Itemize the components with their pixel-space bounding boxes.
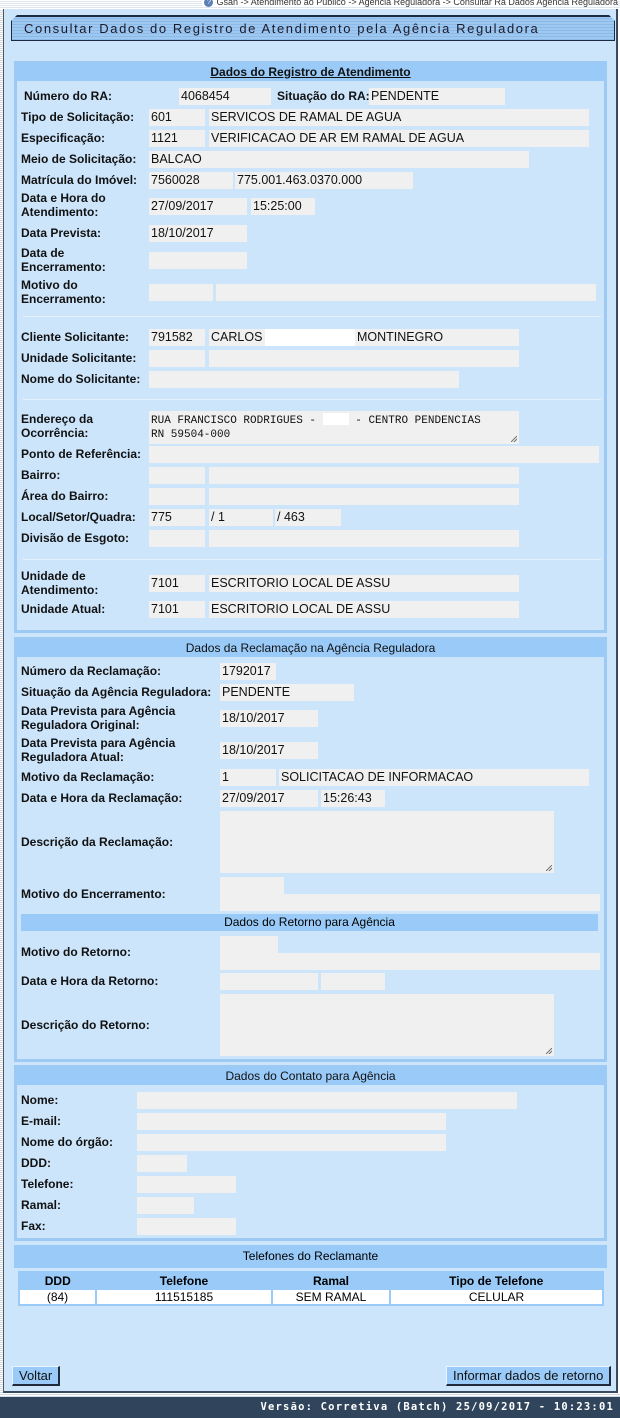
nome-solicitante-label: Nome do Solicitante: (21, 372, 140, 386)
meio-solicitacao-field: BALCAO (149, 151, 529, 168)
contato-ramal-field (137, 1197, 194, 1214)
section-registro: Dados do Registro de Atendimento Número … (14, 61, 607, 633)
unidade-atual-label: Unidade Atual: (21, 602, 105, 616)
redacted-block (323, 413, 349, 425)
page-title: Consultar Dados do Registro de Atendimen… (24, 21, 539, 36)
numero-ra-field: 4068454 (179, 88, 271, 105)
page-title-box: Consultar Dados do Registro de Atendimen… (11, 15, 615, 41)
col-ramal: Ramal (272, 1272, 390, 1289)
motivo-reclamacao-label: Motivo da Reclamação: (21, 770, 154, 784)
bairro-codigo (149, 467, 205, 484)
hora-reclamacao-field: 15:26:43 (321, 790, 385, 807)
situacao-ra-field: PENDENTE (369, 88, 505, 105)
contato-telefone-label: Telefone: (21, 1177, 73, 1191)
unidade-solicitante-label: Unidade Solicitante: (21, 351, 136, 365)
divisao-esgoto-codigo (149, 530, 205, 547)
motivo-encerramento-reclamacao-codigo (220, 877, 284, 894)
hora-atendimento-field: 15:25:00 (251, 198, 315, 215)
hora-retorno-field (321, 973, 385, 990)
situacao-agencia-field: PENDENTE (220, 684, 354, 701)
cell-ddd: (84) (19, 1289, 96, 1305)
tipo-solicitacao-label: Tipo de Solicitação: (21, 110, 134, 124)
data-prev-original-label: Data Prevista para AgênciaReguladora Ori… (21, 704, 175, 732)
contato-ddd-label: DDD: (21, 1156, 51, 1170)
local-setor-quadra-label: Local/Setor/Quadra: (21, 510, 136, 524)
data-prevista-field: 18/10/2017 (149, 225, 247, 242)
unidade-solicitante-codigo (149, 350, 205, 367)
data-reclamacao-field: 27/09/2017 (220, 790, 318, 807)
contato-orgao-label: Nome do órgão: (21, 1135, 113, 1149)
situacao-agencia-label: Situação da Agência Reguladora: (21, 685, 211, 699)
inscricao-field: 775.001.463.0370.000 (235, 172, 413, 189)
motivo-reclamacao-desc: SOLICITACAO DE INFORMACAO (279, 769, 589, 786)
data-atendimento-field: 27/09/2017 (149, 198, 247, 215)
contato-email-label: E-mail: (21, 1114, 61, 1128)
especificacao-label: Especificação: (21, 131, 105, 145)
section-reclamacao-header: Dados da Reclamação na Agência Regulador… (17, 640, 604, 657)
cliente-label: Cliente Solicitante: (21, 330, 129, 344)
informar-dados-retorno-button[interactable]: Informar dados de retorno (446, 1366, 611, 1386)
cell-ramal: SEM RAMAL (272, 1289, 390, 1305)
help-icon[interactable]: ? (204, 0, 213, 7)
divider (23, 316, 601, 317)
col-tipo-telefone: Tipo de Telefone (390, 1272, 603, 1289)
unidade-atendimento-label: Unidade deAtendimento: (21, 569, 98, 597)
especificacao-codigo: 1121 (149, 130, 205, 147)
motivo-retorno-desc (220, 953, 600, 970)
unidade-atual-codigo: 7101 (149, 601, 205, 618)
descricao-retorno-label: Descrição do Retorno: (21, 1018, 150, 1032)
descricao-reclamacao-textarea[interactable] (220, 811, 554, 873)
contato-orgao-field (137, 1134, 446, 1151)
data-hora-retorno-label: Data e Hora da Retorno: (21, 974, 158, 988)
bairro-desc (209, 467, 519, 484)
tipo-solicitacao-desc: SERVICOS DE RAMAL DE AGUA (209, 109, 589, 126)
version-footer: Versão: Corretiva (Batch) 25/09/2017 - 1… (0, 1397, 620, 1418)
data-retorno-field (220, 973, 318, 990)
contato-ramal-label: Ramal: (21, 1198, 61, 1212)
endereco-textarea[interactable]: RUA FRANCISCO RODRIGUES - - CENTRO PENDE… (149, 411, 519, 444)
col-telefone: Telefone (96, 1272, 272, 1289)
motivo-encerramento-label: Motivo doEncerramento: (21, 278, 106, 306)
matricula-field: 7560028 (149, 172, 233, 189)
main-panel: Consultar Dados do Registro de Atendimen… (4, 9, 618, 1393)
ponto-referencia-field (149, 446, 599, 463)
unidade-atendimento-desc: ESCRITORIO LOCAL DE ASSU (209, 575, 519, 592)
contato-fax-label: Fax: (21, 1219, 46, 1233)
endereco-label: Endereço daOcorrência: (21, 412, 93, 440)
area-bairro-label: Área do Bairro: (21, 489, 108, 503)
motivo-encerramento-desc (216, 284, 596, 301)
unidade-atual-desc: ESCRITORIO LOCAL DE ASSU (209, 601, 519, 618)
setor-field: / 1 (209, 509, 273, 526)
cliente-codigo: 791582 (149, 329, 205, 346)
motivo-encerramento-reclamacao-label: Motivo do Encerramento: (21, 887, 166, 901)
divider (23, 559, 601, 560)
especificacao-desc: VERIFICACAO DE AR EM RAMAL DE AGUA (209, 130, 589, 147)
divider (23, 399, 601, 400)
section-registro-header: Dados do Registro de Atendimento (17, 64, 604, 81)
numero-ra-label: Número do RA: (24, 89, 112, 103)
section-contato-header: Dados do Contato para Agência (17, 1068, 604, 1085)
divisao-esgoto-desc (209, 530, 519, 547)
unidade-atendimento-codigo: 7101 (149, 575, 205, 592)
cliente-nome: CARLOS MONTINEGRO (209, 329, 519, 346)
data-encerramento-label: Data deEncerramento: (21, 246, 106, 274)
contato-nome-label: Nome: (21, 1093, 58, 1107)
data-prev-atual-field: 18/10/2017 (220, 742, 318, 759)
table-row: (84) 111515185 SEM RAMAL CELULAR (19, 1289, 603, 1305)
motivo-encerramento-codigo (149, 284, 213, 301)
descricao-retorno-textarea[interactable] (220, 994, 554, 1056)
nome-solicitante-field (149, 371, 459, 388)
area-bairro-desc (209, 488, 519, 505)
motivo-reclamacao-codigo: 1 (220, 769, 276, 786)
retorno-header: Dados do Retorno para Agência (21, 914, 598, 931)
contato-fax-field (137, 1218, 236, 1235)
contato-email-field (137, 1113, 446, 1130)
telefones-header: Telefones do Reclamante (14, 1245, 607, 1268)
unidade-solicitante-desc (209, 350, 519, 367)
data-prev-atual-label: Data Prevista para AgênciaReguladora Atu… (21, 736, 175, 764)
redacted-block (265, 329, 355, 346)
motivo-encerramento-reclamacao-desc (220, 894, 600, 911)
data-hora-reclamacao-label: Data e Hora da Reclamação: (21, 791, 182, 805)
data-encerramento-field (149, 252, 247, 269)
cell-telefone: 111515185 (96, 1289, 272, 1305)
motivo-retorno-codigo (220, 936, 278, 953)
breadcrumb: ?Gsan -> Atendimento ao Publico -> Agenc… (202, 0, 618, 7)
quadra-field: / 463 (275, 509, 341, 526)
data-prevista-label: Data Prevista: (21, 226, 101, 240)
ponto-referencia-label: Ponto de Referência: (21, 447, 141, 461)
voltar-button[interactable]: Voltar (12, 1366, 60, 1386)
tipo-solicitacao-codigo: 601 (149, 109, 205, 126)
numero-reclamacao-label: Número da Reclamação: (21, 664, 161, 678)
situacao-ra-label: Situação do RA: (277, 89, 370, 103)
meio-solicitacao-label: Meio de Solicitação: (21, 152, 136, 166)
breadcrumb-text: Gsan -> Atendimento ao Publico -> Agenci… (216, 0, 618, 7)
local-field: 775 (149, 509, 205, 526)
descricao-reclamacao-label: Descrição da Reclamação: (21, 835, 173, 849)
section-reclamacao: Dados da Reclamação na Agência Regulador… (14, 637, 607, 1062)
contato-telefone-field (137, 1176, 236, 1193)
data-prev-original-field: 18/10/2017 (220, 710, 318, 727)
divisao-esgoto-label: Divisão de Esgoto: (21, 531, 129, 545)
matricula-label: Matrícula do Imóvel: (21, 173, 137, 187)
numero-reclamacao-field: 1792017 (220, 663, 276, 680)
data-hora-atendimento-label: Data e Hora doAtendimento: (21, 191, 106, 219)
area-bairro-codigo (149, 488, 205, 505)
contato-nome-field (137, 1092, 517, 1109)
bairro-label: Bairro: (21, 468, 60, 482)
telefones-table: DDD Telefone Ramal Tipo de Telefone (84)… (18, 1271, 604, 1306)
cell-tipo-telefone: CELULAR (390, 1289, 603, 1305)
section-contato: Dados do Contato para Agência Nome: E-ma… (14, 1065, 607, 1241)
col-ddd: DDD (19, 1272, 96, 1289)
motivo-retorno-label: Motivo do Retorno: (21, 945, 131, 959)
contato-ddd-field (137, 1155, 187, 1172)
